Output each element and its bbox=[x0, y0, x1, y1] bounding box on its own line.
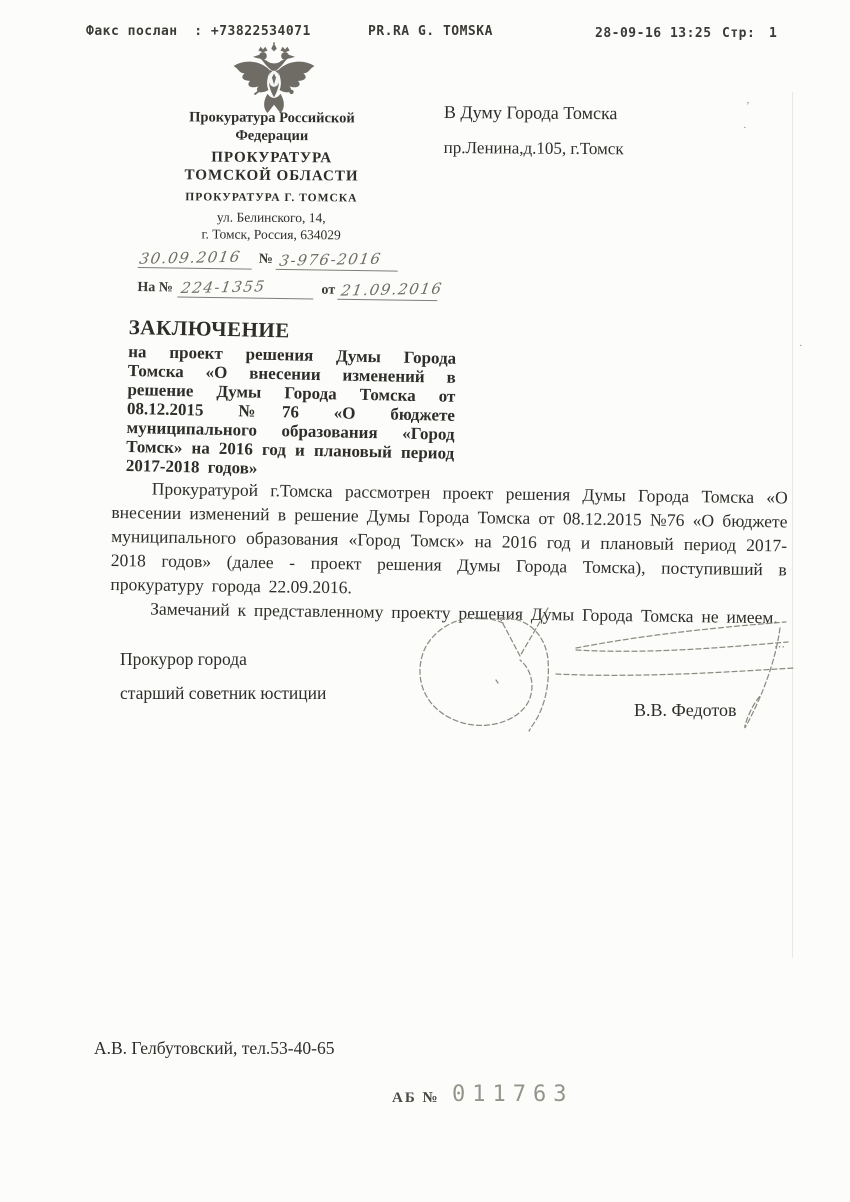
form-serial-number: 011763 bbox=[452, 1082, 573, 1107]
signer-name: В.В. Федотов bbox=[634, 700, 737, 721]
letterhead: Прокуратура Российской Федерации ПРОКУРА… bbox=[141, 108, 402, 244]
ref-underline bbox=[337, 283, 437, 301]
signer-position-line1: Прокурор города bbox=[120, 649, 247, 670]
scan-speck: · bbox=[799, 340, 803, 352]
fax-sent-line: Факс послан : +73822534071 bbox=[86, 24, 311, 39]
addressee-name: В Думу Города Томска bbox=[444, 102, 624, 124]
title-block: ЗАКЛЮЧЕНИЕ на проект решения Думы Города… bbox=[126, 315, 457, 482]
scanned-fax-document: Факс послан : +73822534071 PR.RA G. TOMS… bbox=[0, 0, 850, 1202]
ref-underline bbox=[138, 251, 252, 270]
fax-sender-id: PR.RA G. TOMSKA bbox=[368, 24, 493, 39]
scan-speck: · bbox=[743, 122, 747, 134]
org-main-line2: ТОМСКОЙ ОБЛАСТИ bbox=[141, 166, 401, 185]
signer-position-line2: старший советник юстиции bbox=[120, 683, 326, 704]
scan-artifact-line bbox=[792, 92, 793, 958]
fax-datetime: 28-09-16 13:25 bbox=[595, 26, 712, 41]
ref-underline bbox=[177, 281, 313, 300]
from-label: от bbox=[321, 283, 335, 299]
fax-page-number: 1 bbox=[769, 26, 777, 41]
document-subject: на проект решения Думы Города Томска «О … bbox=[126, 342, 457, 482]
org-main-line1: ПРОКУРАТУРА bbox=[142, 149, 402, 168]
fax-page-label: Стр: bbox=[722, 26, 755, 41]
addressee-address: пр.Ленина,д.105, г.Томск bbox=[444, 138, 624, 159]
signature-scribble-icon bbox=[408, 598, 800, 753]
org-sub-name: ПРОКУРАТУРА Г. ТОМСКА bbox=[141, 191, 401, 205]
scan-speck: ’ bbox=[746, 100, 750, 112]
form-series-label: АБ № bbox=[392, 1090, 440, 1107]
reference-block: 30.09.2016 № 3-976-2016 На № 224-1355 от… bbox=[137, 248, 468, 315]
body-paragraph-1: Прокуратурой г.Томска рассмотрен проект … bbox=[110, 476, 788, 605]
ref-underline bbox=[276, 253, 398, 272]
org-parent-line2: Федерации bbox=[142, 126, 402, 146]
org-parent-line1: Прокуратура Российской bbox=[142, 108, 402, 128]
number-sign: № bbox=[259, 252, 273, 268]
org-address-line2: г. Томск, Россия, 634029 bbox=[141, 225, 401, 243]
scan-speck: ⋯ bbox=[774, 640, 785, 653]
incoming-ref-label: На № bbox=[137, 280, 173, 296]
executor-contact: А.В. Гелбутовский, тел.53-40-65 bbox=[94, 1038, 334, 1059]
addressee-block: В Думу Города Томска пр.Ленина,д.105, г.… bbox=[444, 102, 624, 159]
org-address-line1: ул. Белинского, 14, bbox=[141, 209, 401, 227]
